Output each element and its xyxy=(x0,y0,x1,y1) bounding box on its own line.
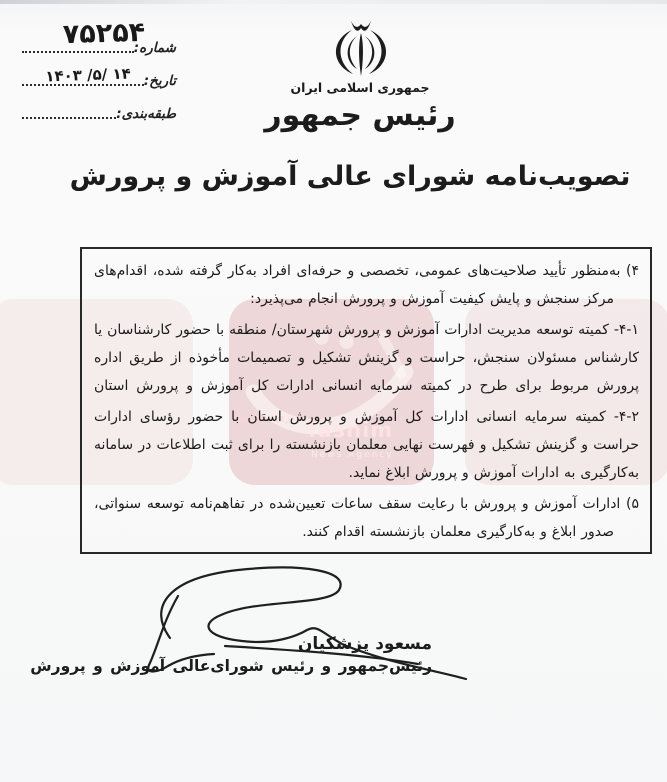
scanned-letter: شماره: تاریخ: طبقه‌بندی: ۷۵۲۵۴ ۱۴۰۳ /۵/ … xyxy=(0,0,667,782)
resolution-box: ۴) به‌منظور تأیید صلاحیت‌های عمومی، تخصص… xyxy=(80,247,652,554)
office-title: رئیس جمهور xyxy=(245,98,475,133)
body-paragraph: ۴-۱- کمیته توسعه مدیریت ادارات آموزش و پ… xyxy=(94,316,639,401)
country-name: جمهوری اسلامی ایران xyxy=(245,80,475,95)
body-paragraph: ۵) ادارات آموزش و پرورش با رعایت سقف ساع… xyxy=(94,490,639,546)
body-line: ۴-۲- کمیته سرمایه انسانی ادارات کل آموزش… xyxy=(94,403,639,431)
handwritten-letter-number: ۷۵۲۵۴ xyxy=(45,16,164,50)
body-line: حراست و گزینش تشکیل و فهرست نهایی معلمان… xyxy=(94,431,639,459)
classification-label: طبقه‌بندی: xyxy=(116,106,176,122)
body-paragraph: ۴-۲- کمیته سرمایه انسانی ادارات کل آموزش… xyxy=(94,403,639,488)
body-line: پرورش مربوط برای طرح در کمیته سرمایه انس… xyxy=(94,372,639,400)
body-paragraph: ۴) به‌منظور تأیید صلاحیت‌های عمومی، تخصص… xyxy=(94,257,639,313)
document-title: تصویب‌نامه شورای عالی آموزش و پرورش xyxy=(60,161,640,192)
classification-field: طبقه‌بندی: xyxy=(20,100,176,122)
iran-emblem-icon xyxy=(330,20,392,78)
body-line: مرکز سنجش و پایش کیفیت آموزش و پرورش انج… xyxy=(94,285,639,313)
body-line: ۴-۱- کمیته توسعه مدیریت ادارات آموزش و پ… xyxy=(94,316,639,344)
classification-dotted-line xyxy=(22,115,116,119)
body-line: به‌کارگیری به ادارات آموزش و پرورش ابلاغ… xyxy=(94,459,639,487)
body-line: ۵) ادارات آموزش و پرورش با رعایت سقف ساع… xyxy=(94,490,639,518)
signature-scribble-icon xyxy=(128,556,494,688)
body-line: صدور ابلاغ و به‌کارگیری معلمان بازنشسته … xyxy=(94,518,639,546)
body-line: ۴) به‌منظور تأیید صلاحیت‌های عمومی، تخصص… xyxy=(94,257,639,285)
body-line: کارشناس مسئولان سنجش، حراست و گزینش تشکی… xyxy=(94,344,639,372)
